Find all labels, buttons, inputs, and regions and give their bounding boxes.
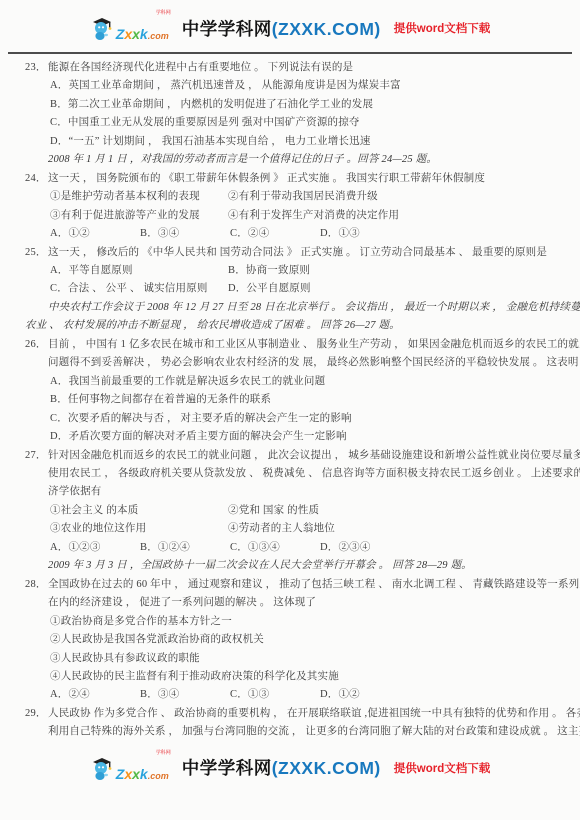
option-item: C．①③	[230, 686, 320, 704]
question-number: 26．	[25, 336, 48, 354]
question-number: 29．	[25, 705, 48, 723]
option-item: C．合法 、 公平 、 诚实信用原则	[50, 280, 228, 298]
answer-choices-row: A．①②③B．①②④C．①③④D．②③④	[25, 539, 564, 557]
download-tagline-footer: 提供word文档下载	[394, 760, 490, 776]
site-logo-footer: Zxxk.com 学科网	[90, 755, 169, 781]
option-line: A．我国当前最重要的工作就是解决返乡农民工的就业问题	[25, 373, 564, 391]
question-list: 23．能源在各国经济现代化进程中占有重要地位 。 下列说法有误的是A．英国工业革…	[0, 54, 580, 742]
site-title-cn: 中学学科网	[182, 758, 272, 778]
option-item: B．③④	[140, 225, 230, 243]
option-line: ④人民政协的民主监督有利于推动政府决策的科学化及其实施	[25, 668, 564, 686]
logo-wordmark: Zxxk.com	[116, 27, 169, 41]
option-item: D．①③	[320, 225, 410, 243]
option-item: ①社会主义 的本质	[50, 502, 228, 520]
logo-wordmark: Zxxk.com	[116, 767, 169, 781]
option-line: D．“一五” 计划期间 ， 我国石油基本实现自给 ， 电力工业增长迅速	[25, 133, 564, 151]
option-line: B．第二次工业革命期间 ， 内燃机的发明促进了石油化学工业的发展	[25, 96, 564, 114]
exam-page: Zxxk.com 学科网 中学学科网(ZXXK.COM) 提供word文档下载 …	[0, 4, 580, 820]
mascot-icon	[90, 15, 114, 41]
option-line: A．英国工业革命期间 ， 蒸汽机迅速普及 ， 从能源角度讲是因为煤炭丰富	[25, 77, 564, 95]
option-columns-row: C．合法 、 公平 、 诚实信用原则D．公平自愿原则	[25, 280, 564, 298]
question-line: 29．人民政协 作为多党合作 、 政治协商的重要机构 ， 在开展联络联谊 ,促进…	[25, 705, 564, 723]
option-item: ④有利于发挥生产对消费的决定作用	[228, 207, 406, 225]
mascot-icon	[90, 755, 114, 781]
option-line: B．任何事物之间都存在着普遍的无条件的联系	[25, 391, 564, 409]
option-item: A．平等自愿原则	[50, 262, 228, 280]
question-line: 28．全国政协在过去的 60 年中 ， 通过观察和建议 ， 推动了包括三峡工程 …	[25, 576, 564, 594]
question-line-continued: 问题得不到妥善解决 ， 势必会影响农业农村经济的发 展， 最终必然影响整个国民经…	[25, 354, 564, 372]
option-item: A．①②	[50, 225, 140, 243]
option-item: C．②④	[230, 225, 320, 243]
section-intro-line: 中央农村工作会议于 2008 年 12 月 27 日至 28 日在北京举行 。 …	[25, 299, 564, 317]
question-line: 24．这一天 ， 国务院颁布的 《职工带薪年休假条例 》 正式实施 。 我国实行…	[25, 170, 564, 188]
site-title-en: (ZXXK.COM)	[272, 758, 381, 778]
option-item: C．①③④	[230, 539, 320, 557]
question-line: 25．这一天 ， 修改后的 《中华人民共和 国劳动合同法 》 正式实施 。 订立…	[25, 244, 564, 262]
question-line-continued: 济学依据有	[25, 483, 564, 501]
question-line: 26．目前 ， 中国有 1 亿多农民在城市和工业区从事制造业 、 服务业生产劳动…	[25, 336, 564, 354]
section-intro-line: 农业 、 农村发展的冲击不断显现 ， 给农民增收造成了困难 。 回答 26—27…	[25, 317, 564, 335]
option-columns-row: ③有利于促进旅游等产业的发展④有利于发挥生产对消费的决定作用	[25, 207, 564, 225]
answer-choices-row: A．①②B．③④C．②④D．①③	[25, 225, 564, 243]
answer-choices-row: A．②④B．③④C．①③D．①②	[25, 686, 564, 704]
option-item: ③农业的地位这作用	[50, 520, 228, 538]
question-number: 28．	[25, 576, 48, 594]
option-columns-row: ①社会主义 的本质②党和 国家 的性质	[25, 502, 564, 520]
question-number: 27．	[25, 447, 48, 465]
question-line-continued: 使用农民工 ， 各级政府机关要从贷款发放 、 税费减免 、 信息咨询等方面积极支…	[25, 465, 564, 483]
question-number: 24．	[25, 170, 48, 188]
option-line: ①政治协商是多党合作的基本方针之一	[25, 613, 564, 631]
download-tagline: 提供word文档下载	[394, 20, 490, 36]
section-intro-line: 2008 年 1 月 1 日 ，对我国的劳动者而言是一个值得记住的日子 。回答 …	[25, 151, 564, 169]
page-footer: Zxxk.com 学科网 中学学科网(ZXXK.COM) 提供word文档下载	[0, 755, 580, 781]
site-title-cn: 中学学科网	[182, 19, 272, 39]
option-item: ①是维护劳动者基本权利的表现	[50, 188, 228, 206]
question-line-continued: 在内的经济建设 ， 促进了一系列问题的解决 。 这体现了	[25, 594, 564, 612]
option-line: ②人民政协是我国各党派政治协商的政权机关	[25, 631, 564, 649]
section-intro-line: 2009 年 3 月 3 日 ，全国政协十一届二次会议在人民大会堂举行开幕会 。…	[25, 557, 564, 575]
option-item: A．②④	[50, 686, 140, 704]
option-item: ②党和 国家 的性质	[228, 502, 406, 520]
option-columns-row: ③农业的地位这作用④劳动者的主人翁地位	[25, 520, 564, 538]
option-item: ③有利于促进旅游等产业的发展	[50, 207, 228, 225]
option-item: ④劳动者的主人翁地位	[228, 520, 406, 538]
question-number: 23．	[25, 59, 48, 77]
page-header: Zxxk.com 学科网 中学学科网(ZXXK.COM) 提供word文档下载	[8, 4, 572, 54]
site-logo: Zxxk.com 学科网	[90, 15, 169, 41]
option-item: B．①②④	[140, 539, 230, 557]
option-line: ③人民政协具有参政议政的职能	[25, 650, 564, 668]
logo-mini-text: 学科网	[156, 9, 171, 16]
option-item: B．③④	[140, 686, 230, 704]
question-line-continued: 利用自己特殊的海外关系 ， 加强与台湾同胞的交流 ， 让更多的台湾同胞了解大陆的…	[25, 723, 564, 741]
question-line: 23．能源在各国经济现代化进程中占有重要地位 。 下列说法有误的是	[25, 59, 564, 77]
option-columns-row: A．平等自愿原则B．协商一致原则	[25, 262, 564, 280]
option-line: C．中国重工业无从发展的重要原因是列 强对中国矿产资源的掠夺	[25, 114, 564, 132]
option-item: D．①②	[320, 686, 410, 704]
site-title-footer: 中学学科网(ZXXK.COM)	[182, 755, 381, 780]
option-line: C．次要矛盾的解决与否 ， 对主要矛盾的解决会产生一定的影响	[25, 410, 564, 428]
option-item: D．公平自愿原则	[228, 280, 406, 298]
option-item: D．②③④	[320, 539, 410, 557]
option-columns-row: ①是维护劳动者基本权利的表现②有利于带动我国居民消费升级	[25, 188, 564, 206]
option-line: D．矛盾次要方面的解决对矛盾主要方面的解决会产生一定影响	[25, 428, 564, 446]
option-item: A．①②③	[50, 539, 140, 557]
site-title: 中学学科网(ZXXK.COM)	[182, 16, 381, 41]
option-item: ②有利于带动我国居民消费升级	[228, 188, 406, 206]
question-number: 25．	[25, 244, 48, 262]
question-line: 27．针对因金融危机而返乡的农民工的就业问题 ， 此次会议提出 ， 城乡基础设施…	[25, 447, 564, 465]
logo-mini-text: 学科网	[156, 749, 171, 756]
site-title-en: (ZXXK.COM)	[272, 19, 381, 39]
option-item: B．协商一致原则	[228, 262, 406, 280]
